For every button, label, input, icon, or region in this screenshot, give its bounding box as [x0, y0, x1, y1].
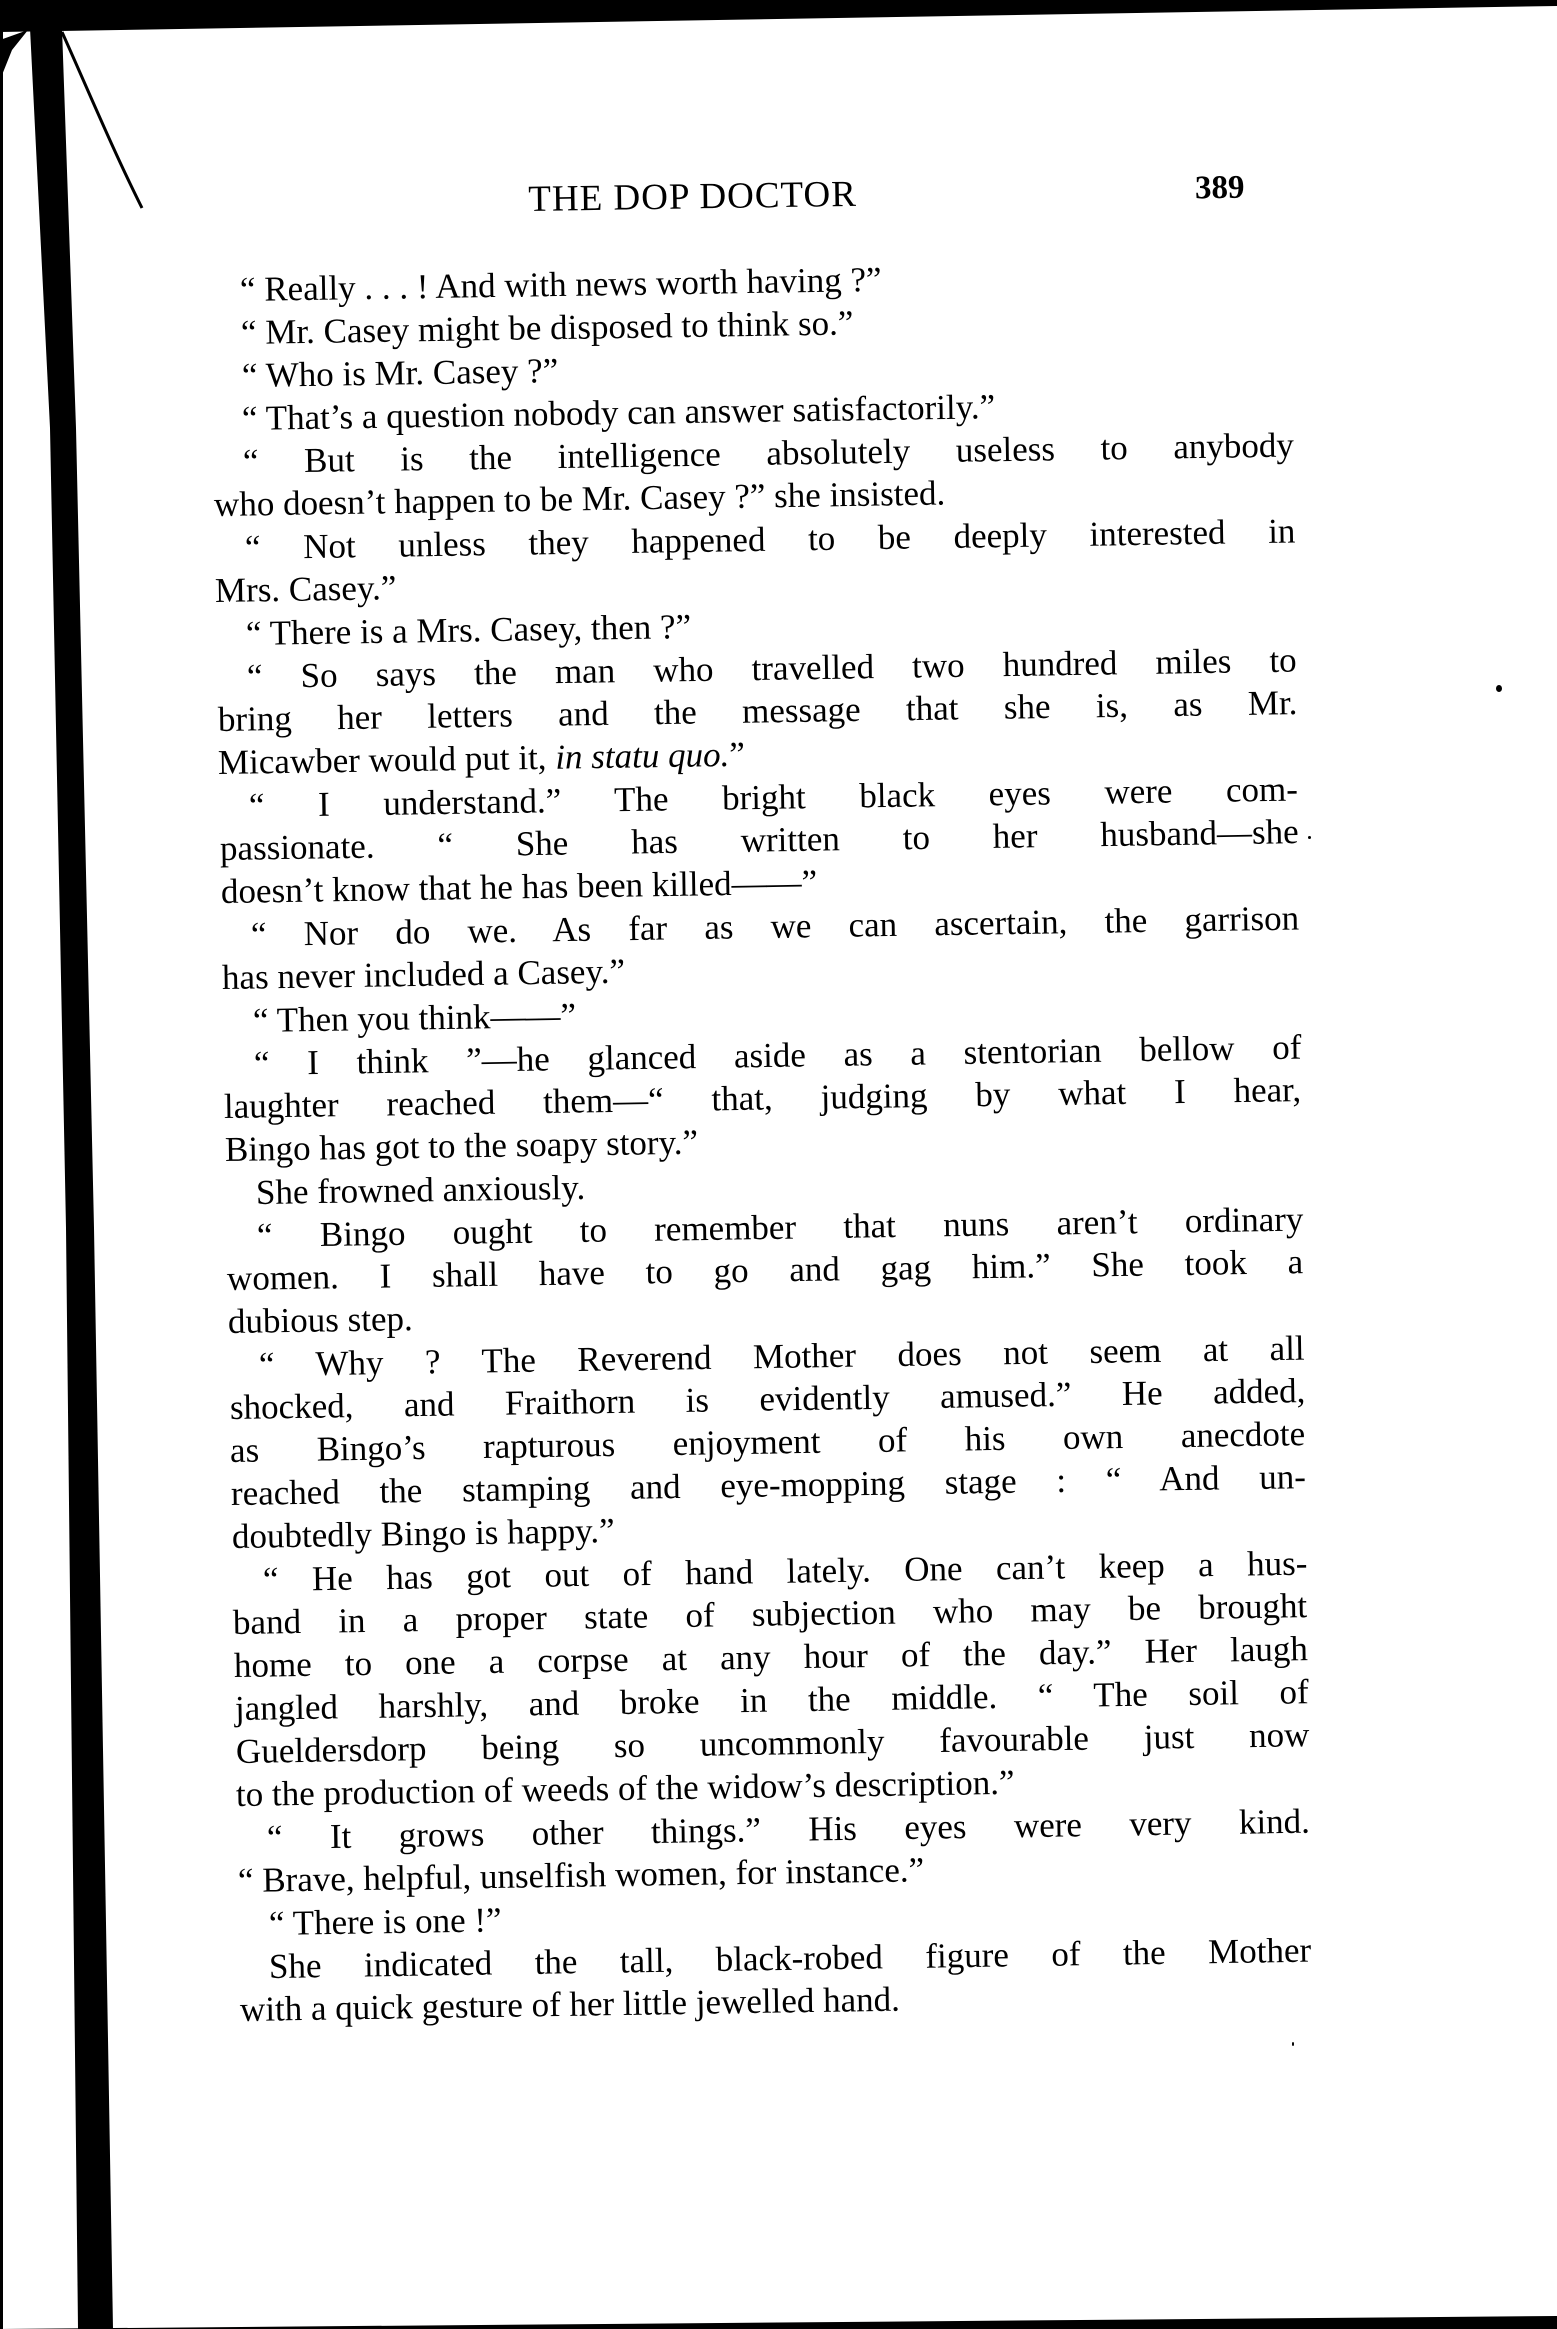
running-head-title: THE DOP DOCTOR [528, 173, 857, 221]
book-gutter-shadow [28, 28, 118, 2329]
ink-speck [1496, 685, 1502, 692]
text-run: Micawber would put it, [218, 738, 556, 782]
ink-speck [1292, 2042, 1294, 2046]
page-number: 389 [1195, 170, 1245, 208]
page-edge-line [0, 30, 3, 2329]
ink-speck [1308, 836, 1311, 839]
text-run: ” [729, 735, 745, 774]
page-edge-curl [0, 30, 30, 80]
page-fold-line [58, 30, 148, 210]
italic-phrase: in statu quo. [555, 735, 730, 777]
scan-border-bottom [0, 2316, 1557, 2329]
scan-border-top [0, 0, 1557, 32]
scanned-book-page: THE DOP DOCTOR 389 “ Really . . . ! And … [0, 0, 1557, 2329]
